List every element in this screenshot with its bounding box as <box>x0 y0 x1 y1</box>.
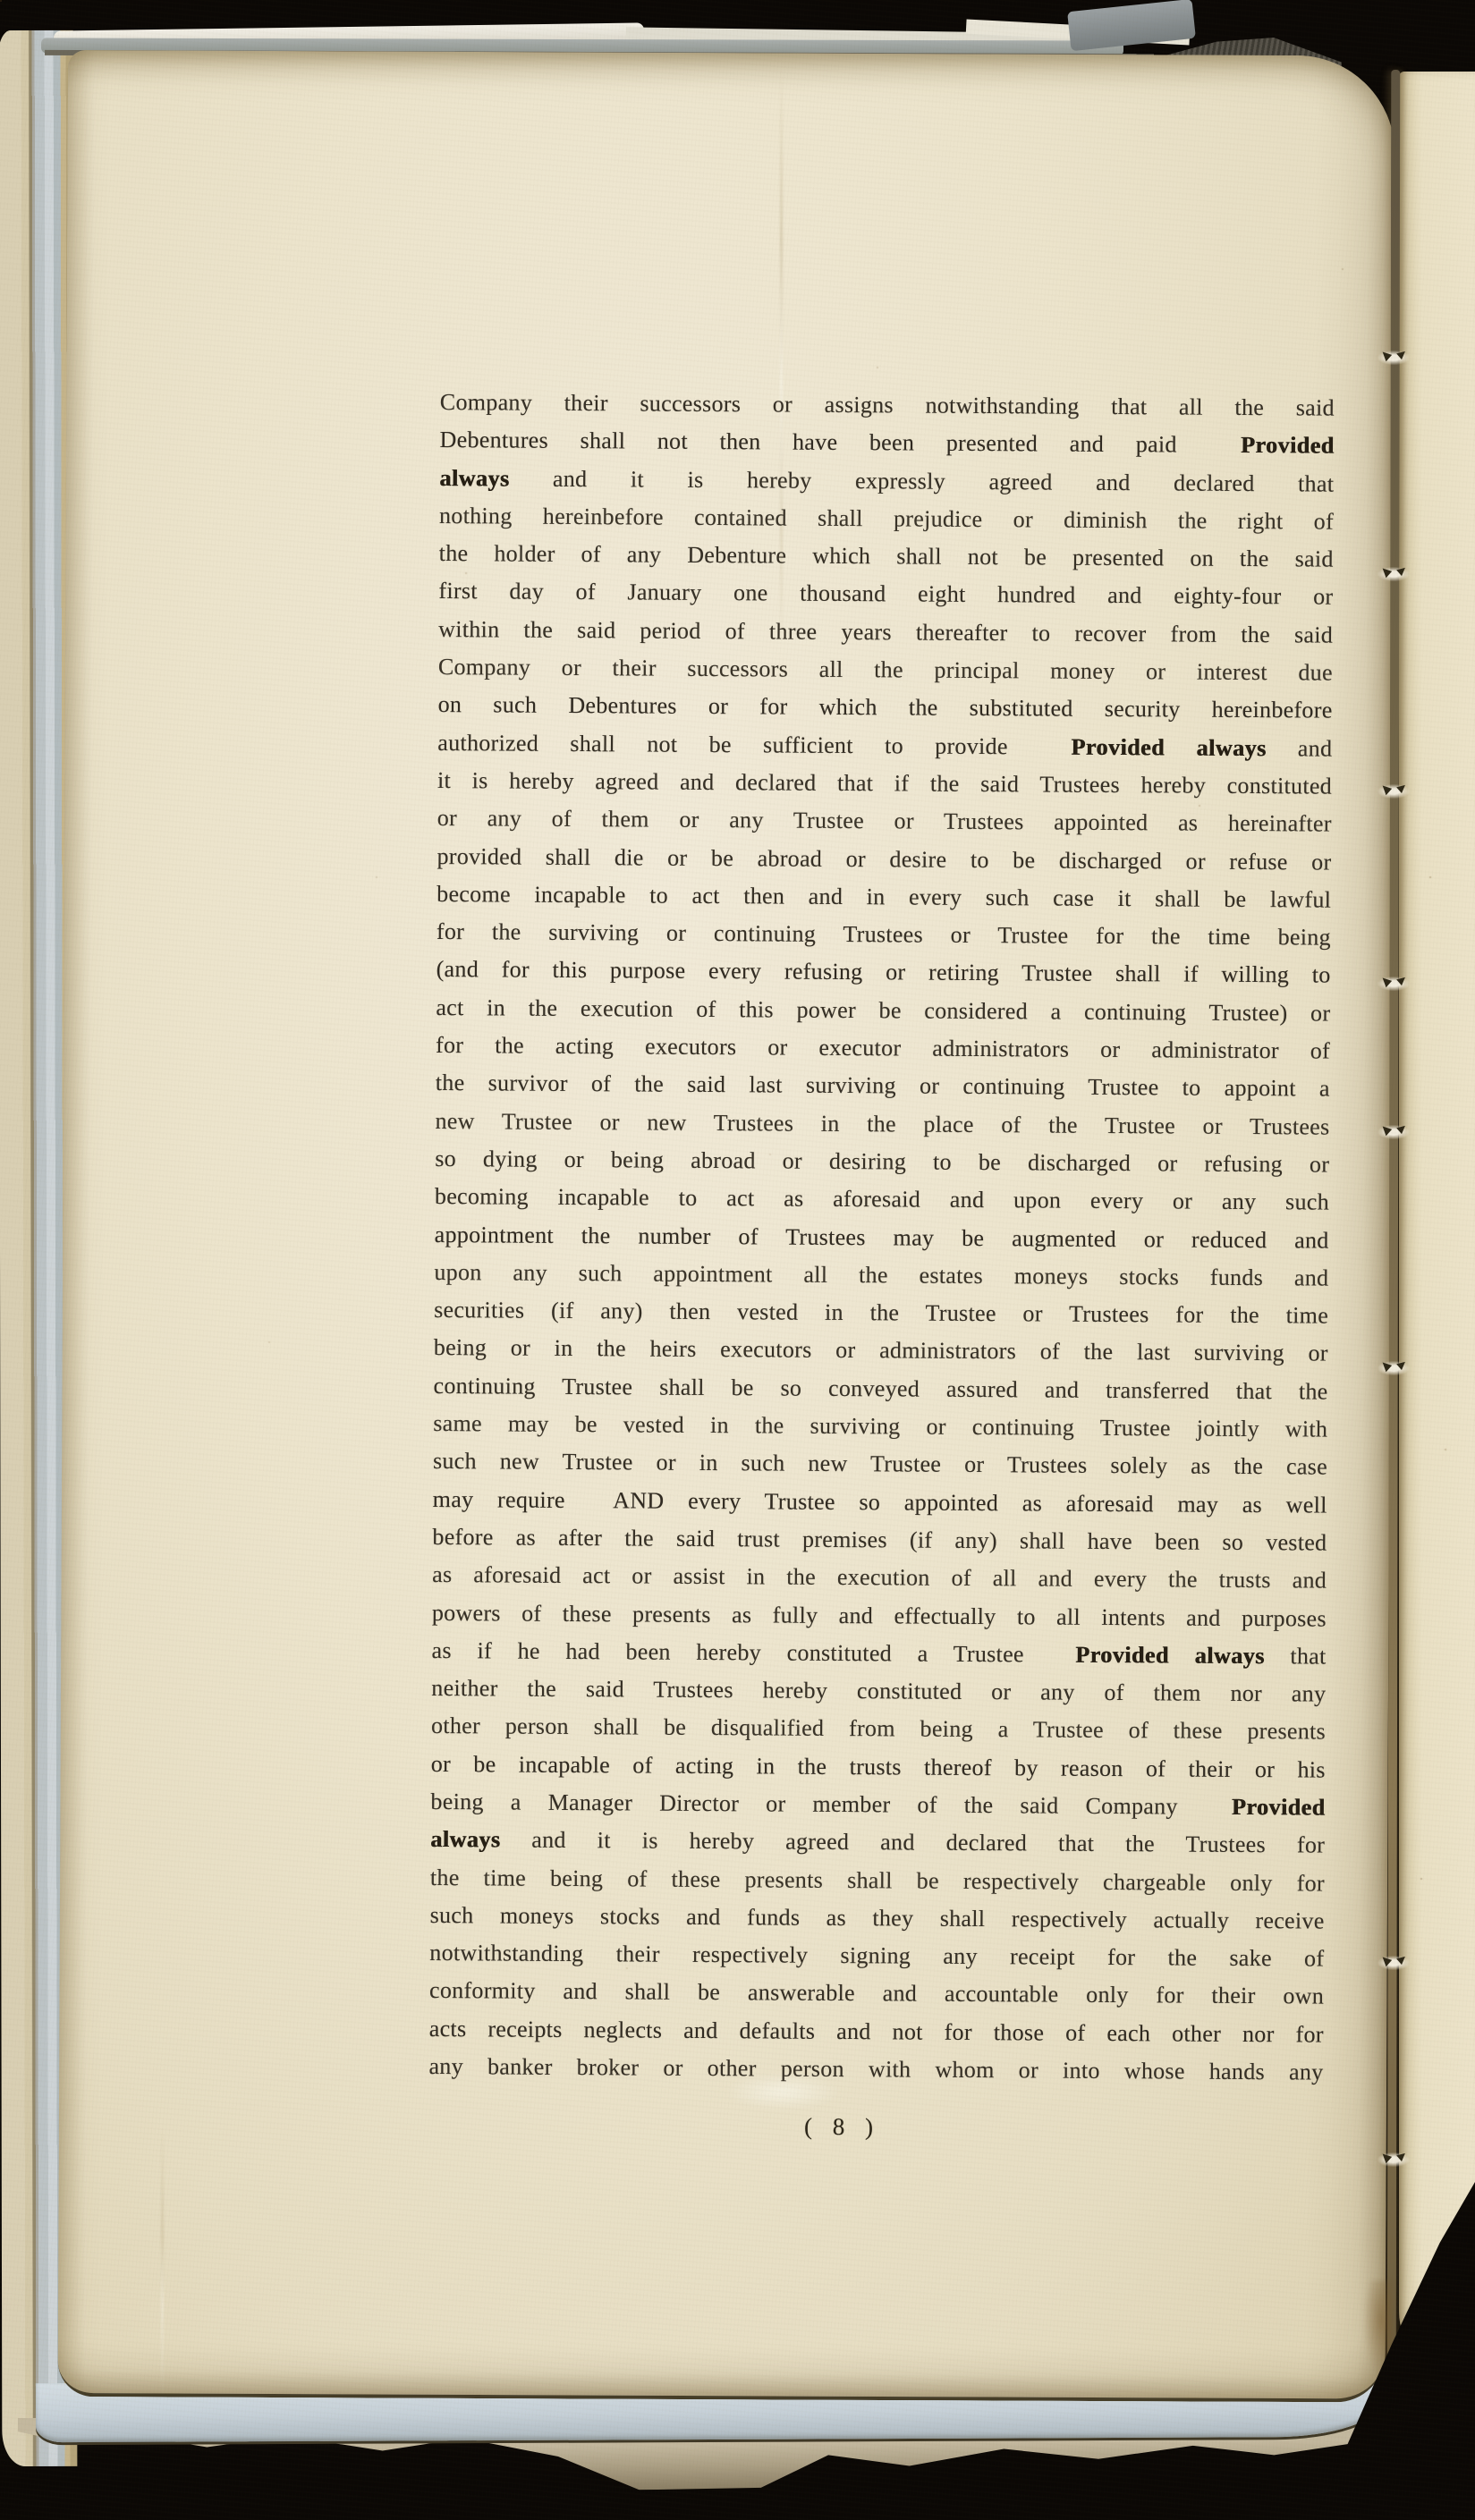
binding-stitch-icon <box>1376 350 1411 366</box>
text-line: or be incapable of acting in the trusts … <box>431 1746 1326 1789</box>
text-line: neither the said Trustees hereby constit… <box>431 1670 1326 1713</box>
paper-speckles <box>0 0 2 2</box>
text-line: the survivor of the said last surviving … <box>436 1064 1330 1108</box>
text-block: ( 8 ) Company their successors or assign… <box>428 384 1335 2092</box>
paper-crease <box>161 2128 164 2397</box>
text-line: notwithstanding their respectively signi… <box>429 1934 1324 1978</box>
text-line: first day of January one thousand eight … <box>438 572 1333 616</box>
text-line: become incapable to act then and in ever… <box>437 875 1331 919</box>
binding-stitch-icon <box>1376 976 1411 992</box>
page-number: ( 8 ) <box>761 2107 922 2145</box>
text-line: within the said period of three years th… <box>438 611 1333 655</box>
text-line: other person shall be disqualified from … <box>431 1707 1326 1751</box>
text-line: the time being of these presents shall b… <box>430 1859 1325 1903</box>
text-line: securities (if any) then vested in the T… <box>434 1291 1328 1335</box>
book-scan: ( 8 ) Company their successors or assign… <box>0 0 1475 2520</box>
text-line: as aforesaid act or assist in the execut… <box>432 1556 1327 1600</box>
text-line: may require AND every Trustee so appoint… <box>433 1481 1327 1525</box>
facing-page-edge <box>1399 72 1475 2374</box>
binding-stitch-icon <box>1376 2152 1411 2168</box>
binding-stitch-icon <box>1376 1360 1411 1376</box>
text-line: (and for this purpose every refusing or … <box>437 951 1331 994</box>
blackletter-word: Provided always <box>1071 733 1266 760</box>
binding-stitch-icon <box>1376 783 1411 799</box>
binding-stitch-icon <box>1376 1124 1411 1140</box>
text-line: act in the execution of this power be co… <box>436 989 1330 1033</box>
text-line: upon any such appointment all the estate… <box>434 1254 1328 1298</box>
blackletter-word: always <box>439 465 509 492</box>
text-line: or any of them or any Trustee or Trustee… <box>437 799 1332 843</box>
text-line: it is hereby agreed and declared that if… <box>437 762 1332 806</box>
text-line: Debentures shall not then have been pres… <box>439 421 1334 465</box>
binding-stitch-icon <box>1376 1955 1411 1971</box>
text-line: before as after the said trust premises … <box>432 1518 1327 1562</box>
text-line: so dying or being abroad or desiring to … <box>435 1140 1329 1184</box>
binding-stitch-icon <box>1376 566 1411 582</box>
text-line: always and it is hereby agreed and decla… <box>430 1821 1325 1865</box>
blackletter-word: always <box>430 1826 500 1853</box>
text-line: Company or their successors all the prin… <box>438 648 1333 692</box>
text-line: provided shall die or be abroad or desir… <box>437 838 1331 882</box>
text-line: authorized shall not be sufficient to pr… <box>437 724 1332 768</box>
text-line: on such Debentures or for which the subs… <box>437 686 1332 730</box>
text-line: for the acting executors or executor adm… <box>436 1027 1330 1070</box>
text-line: appointment the number of Trustees may b… <box>435 1216 1329 1260</box>
text-line: conformity and shall be answerable and a… <box>429 1972 1324 2016</box>
blackletter-word: Provided <box>1241 432 1335 459</box>
text-line: always and it is hereby expressly agreed… <box>439 460 1334 503</box>
text-line: Company their successors or assigns notw… <box>440 384 1335 427</box>
text-line: being a Manager Director or member of th… <box>430 1783 1325 1827</box>
text-line: same may be vested in the surviving or c… <box>433 1405 1327 1449</box>
text-line: powers of these presents as fully and ef… <box>432 1594 1327 1637</box>
text-line: such moneys stocks and funds as they sha… <box>429 1897 1324 1941</box>
text-line: becoming incapable to act as aforesaid a… <box>435 1178 1329 1222</box>
blackletter-word: Provided <box>1232 1794 1326 1821</box>
text-line: as if he had been hereby constituted a T… <box>431 1632 1326 1676</box>
text-line: new Trustee or new Trustees in the place… <box>435 1103 1329 1146</box>
text-line: nothing hereinbefore contained shall pre… <box>439 497 1334 541</box>
text-line: for the surviving or continuing Trustees… <box>437 913 1331 957</box>
text-line: such new Trustee or in such new Trustee … <box>433 1442 1327 1486</box>
text-line: any banker broker or other person with w… <box>428 2048 1323 2092</box>
text-line: acts receipts neglects and defaults and … <box>429 2010 1324 2054</box>
text-line: being or in the heirs executors or admin… <box>434 1329 1328 1373</box>
text-line: the holder of any Debenture which shall … <box>439 535 1334 579</box>
blackletter-word: Provided always <box>1075 1642 1265 1669</box>
text-line: continuing Trustee shall be so conveyed … <box>433 1367 1327 1411</box>
